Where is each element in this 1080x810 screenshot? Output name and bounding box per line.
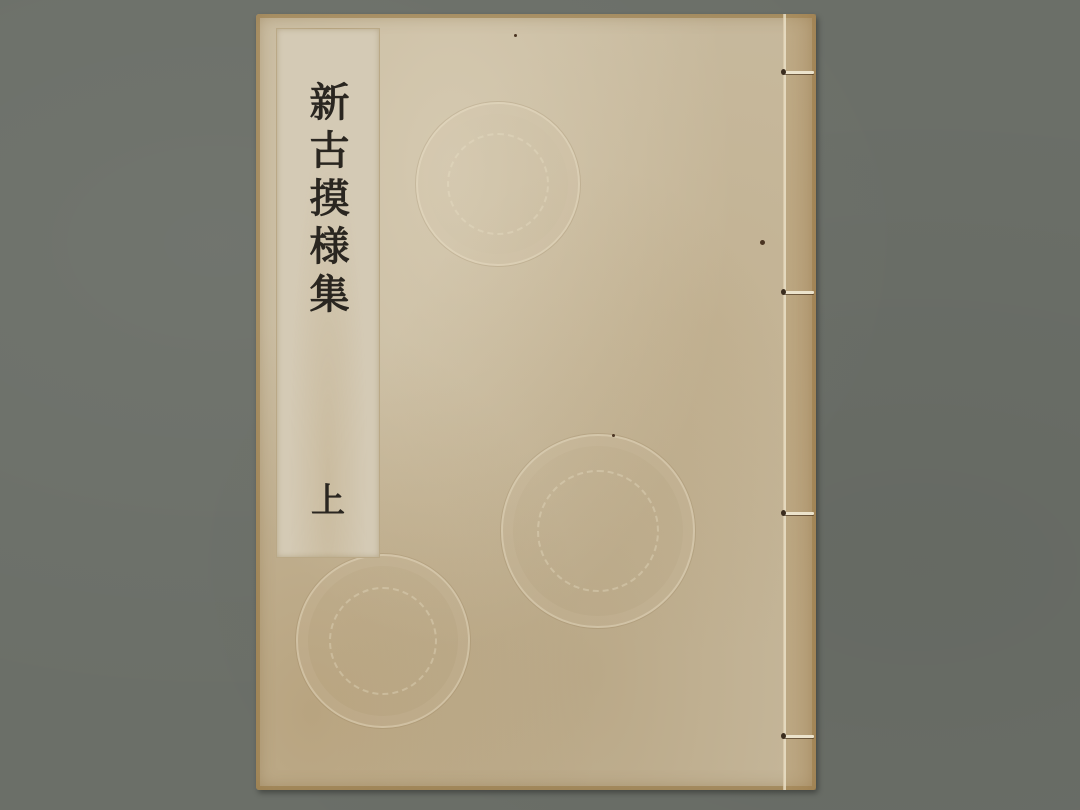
stain-spot: [760, 240, 765, 245]
volume-marker: 上: [303, 473, 353, 522]
binding-thread-line: [784, 14, 786, 790]
stain-spot: [514, 34, 517, 37]
binding-stitch-4: [784, 735, 814, 738]
title-slip: 新古摸様集 上: [276, 28, 380, 558]
book-cover: 新古摸様集 上: [256, 14, 816, 790]
embossed-crest-middle: [501, 434, 695, 628]
binding-stitch-2: [784, 291, 814, 294]
embossed-crest-top: [416, 102, 580, 266]
spine-margin: [783, 14, 816, 790]
book-title: 新古摸様集: [299, 81, 353, 321]
binding-stitch-3: [784, 512, 814, 515]
binding-stitch-1: [784, 71, 814, 74]
embossed-crest-lower-left: [296, 554, 470, 728]
stain-spot: [612, 434, 615, 437]
